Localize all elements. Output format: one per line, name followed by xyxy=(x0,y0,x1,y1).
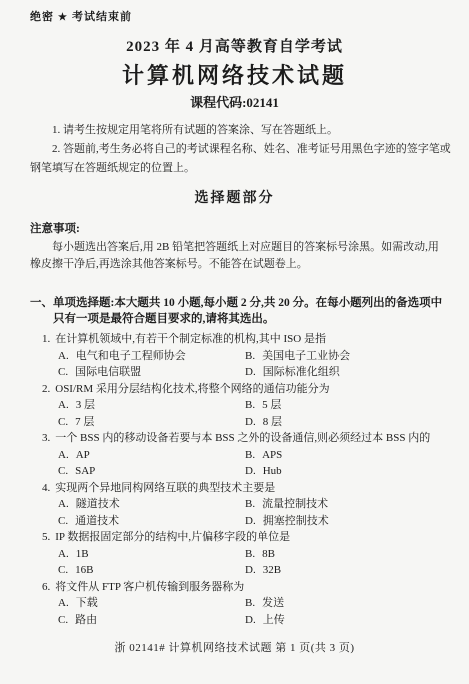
course-code: 课程代码:02141 xyxy=(0,92,469,111)
option-text: SAP xyxy=(75,465,95,477)
option-a: A.3 层 xyxy=(58,397,245,414)
option-label: A. xyxy=(58,498,76,510)
option-text: 下载 xyxy=(76,597,98,609)
option-text: 3 层 xyxy=(76,399,95,411)
question-number: 6. xyxy=(42,581,55,593)
option-text: 8 层 xyxy=(263,416,282,428)
question: 3.一个 BSS 内的移动设备若要与本 BSS 之外的设备通信,则必须经过本 B… xyxy=(42,430,451,480)
question-stem: 5.IP 数据报固定部分的结构中,片偏移字段的单位是 xyxy=(42,529,451,546)
option-text: 隧道技术 xyxy=(76,498,120,510)
option-d: D.Hub xyxy=(245,463,451,480)
question-number: 4. xyxy=(42,482,55,494)
question-number: 5. xyxy=(42,531,55,543)
option-a: A.1B xyxy=(58,546,245,563)
notes-heading: 注意事项: xyxy=(30,220,439,236)
star-icon: ★ xyxy=(54,12,72,23)
question: 6.将文件从 FTP 客户机传输到服务器称为 A.下载 B.发送 C.路由 D.… xyxy=(42,579,451,629)
exam-session-title: 2023 年 4 月高等教育自学考试 xyxy=(0,35,469,56)
part-number: 一、 xyxy=(30,297,53,309)
option-label: B. xyxy=(245,498,262,510)
option-label: D. xyxy=(245,366,263,378)
question-text: 在计算机领域中,有若干个制定标准的机构,其中 ISO 是指 xyxy=(55,333,326,345)
option-label: C. xyxy=(58,366,75,378)
option-text: APS xyxy=(262,449,282,461)
notes-body: 每小题选出答案后,用 2B 铅笔把答题纸上对应题目的答案标号涂黑。如需改动,用橡… xyxy=(30,239,449,273)
secrecy-line: 绝密★考试结束前 xyxy=(30,8,469,24)
question-stem: 3.一个 BSS 内的移动设备若要与本 BSS 之外的设备通信,则必须经过本 B… xyxy=(42,430,451,447)
question-text: OSI/RM 采用分层结构化技术,将整个网络的通信功能分为 xyxy=(55,383,329,395)
option-text: 通道技术 xyxy=(75,515,119,527)
section-title: 选择题部分 xyxy=(0,187,469,207)
part-heading: 一、单项选择题:本大题共 10 小题,每小题 2 分,共 20 分。在每小题列出… xyxy=(30,295,447,327)
secrecy-level: 绝密 xyxy=(30,11,54,23)
instruction-item: 2. 答题前,考生务必将自己的考试课程名称、姓名、准考证号用黑色字迹的签字笔或钢… xyxy=(30,140,451,178)
question-list: 1.在计算机领域中,有若干个制定标准的机构,其中 ISO 是指 A.电气和电子工… xyxy=(42,331,451,628)
option-text: 上传 xyxy=(263,614,285,626)
question: 2.OSI/RM 采用分层结构化技术,将整个网络的通信功能分为 A.3 层 B.… xyxy=(42,381,451,431)
question-stem: 6.将文件从 FTP 客户机传输到服务器称为 xyxy=(42,579,451,596)
option-d: D.32B xyxy=(245,562,451,579)
question: 1.在计算机领域中,有若干个制定标准的机构,其中 ISO 是指 A.电气和电子工… xyxy=(42,331,451,381)
option-c: C.16B xyxy=(58,562,245,579)
option-b: B.5 层 xyxy=(245,397,451,414)
option-c: C.7 层 xyxy=(58,414,245,431)
option-grid: A.3 层 B.5 层 C.7 层 D.8 层 xyxy=(58,397,451,430)
question-stem: 1.在计算机领域中,有若干个制定标准的机构,其中 ISO 是指 xyxy=(42,331,451,348)
question-number: 2. xyxy=(42,383,55,395)
exam-paper-page: 绝密★考试结束前 2023 年 4 月高等教育自学考试 计算机网络技术试题 课程… xyxy=(0,0,469,684)
question-number: 3. xyxy=(42,432,55,444)
question-text: 将文件从 FTP 客户机传输到服务器称为 xyxy=(55,581,244,593)
option-grid: A.电气和电子工程师协会 B.美国电子工业协会 C.国际电信联盟 D.国际标准化… xyxy=(58,348,451,381)
option-c: C.通道技术 xyxy=(58,513,245,530)
option-text: 国际标准化组织 xyxy=(263,366,340,378)
question: 5.IP 数据报固定部分的结构中,片偏移字段的单位是 A.1B B.8B C.1… xyxy=(42,529,451,579)
option-text: 拥塞控制技术 xyxy=(263,515,329,527)
option-b: B.美国电子工业协会 xyxy=(245,348,451,365)
question-stem: 2.OSI/RM 采用分层结构化技术,将整个网络的通信功能分为 xyxy=(42,381,451,398)
option-label: D. xyxy=(245,465,263,477)
option-label: C. xyxy=(58,465,75,477)
option-label: B. xyxy=(245,548,262,560)
option-text: 发送 xyxy=(262,597,284,609)
question-text: 一个 BSS 内的移动设备若要与本 BSS 之外的设备通信,则必须经过本 BSS… xyxy=(55,432,430,444)
option-text: Hub xyxy=(263,465,282,477)
option-text: AP xyxy=(76,449,90,461)
option-label: B. xyxy=(245,350,262,362)
option-text: 8B xyxy=(262,548,275,560)
option-label: A. xyxy=(58,399,76,411)
option-label: B. xyxy=(245,399,262,411)
question: 4.实现两个异地同构网络互联的典型技术主要是 A.隧道技术 B.流量控制技术 C… xyxy=(42,480,451,530)
page-footer: 浙 02141# 计算机网络技术试题 第 1 页(共 3 页) xyxy=(0,639,469,655)
option-text: 1B xyxy=(76,548,89,560)
option-label: D. xyxy=(245,614,263,626)
option-a: A.AP xyxy=(58,447,245,464)
question-number: 1. xyxy=(42,333,55,345)
option-c: C.SAP xyxy=(58,463,245,480)
question-stem: 4.实现两个异地同构网络互联的典型技术主要是 xyxy=(42,480,451,497)
option-label: A. xyxy=(58,597,76,609)
option-text: 路由 xyxy=(75,614,97,626)
option-b: B.APS xyxy=(245,447,451,464)
option-grid: A.AP B.APS C.SAP D.Hub xyxy=(58,447,451,480)
option-label: C. xyxy=(58,416,75,428)
option-b: B.流量控制技术 xyxy=(245,496,451,513)
option-label: D. xyxy=(245,416,263,428)
option-text: 5 层 xyxy=(262,399,281,411)
option-d: D.国际标准化组织 xyxy=(245,364,451,381)
option-text: 美国电子工业协会 xyxy=(262,350,350,362)
option-label: D. xyxy=(245,515,263,527)
option-a: A.下载 xyxy=(58,595,245,612)
option-b: B.8B xyxy=(245,546,451,563)
option-d: D.上传 xyxy=(245,612,451,629)
option-text: 国际电信联盟 xyxy=(75,366,141,378)
option-d: D.拥塞控制技术 xyxy=(245,513,451,530)
option-grid: A.1B B.8B C.16B D.32B xyxy=(58,546,451,579)
part-heading-text: 单项选择题:本大题共 10 小题,每小题 2 分,共 20 分。在每小题列出的备… xyxy=(53,297,442,325)
option-label: B. xyxy=(245,597,262,609)
option-text: 16B xyxy=(75,564,93,576)
option-c: C.国际电信联盟 xyxy=(58,364,245,381)
question-text: 实现两个异地同构网络互联的典型技术主要是 xyxy=(55,482,275,494)
option-b: B.发送 xyxy=(245,595,451,612)
option-text: 流量控制技术 xyxy=(262,498,328,510)
secrecy-timing: 考试结束前 xyxy=(72,11,132,23)
option-label: B. xyxy=(245,449,262,461)
option-text: 32B xyxy=(263,564,281,576)
option-text: 电气和电子工程师协会 xyxy=(76,350,186,362)
question-text: IP 数据报固定部分的结构中,片偏移字段的单位是 xyxy=(55,531,290,543)
option-label: A. xyxy=(58,449,76,461)
option-label: A. xyxy=(58,548,76,560)
instruction-item: 1. 请考生按规定用笔将所有试题的答案涂、写在答题纸上。 xyxy=(30,121,451,140)
option-a: A.电气和电子工程师协会 xyxy=(58,348,245,365)
option-a: A.隧道技术 xyxy=(58,496,245,513)
option-d: D.8 层 xyxy=(245,414,451,431)
option-grid: A.下载 B.发送 C.路由 D.上传 xyxy=(58,595,451,628)
page-title: 计算机网络技术试题 xyxy=(0,59,469,90)
option-c: C.路由 xyxy=(58,612,245,629)
option-label: C. xyxy=(58,515,75,527)
option-grid: A.隧道技术 B.流量控制技术 C.通道技术 D.拥塞控制技术 xyxy=(58,496,451,529)
option-label: A. xyxy=(58,350,76,362)
general-instructions: 1. 请考生按规定用笔将所有试题的答案涂、写在答题纸上。 2. 答题前,考生务必… xyxy=(30,121,451,178)
option-label: C. xyxy=(58,614,75,626)
option-label: C. xyxy=(58,564,75,576)
option-label: D. xyxy=(245,564,263,576)
option-text: 7 层 xyxy=(75,416,94,428)
